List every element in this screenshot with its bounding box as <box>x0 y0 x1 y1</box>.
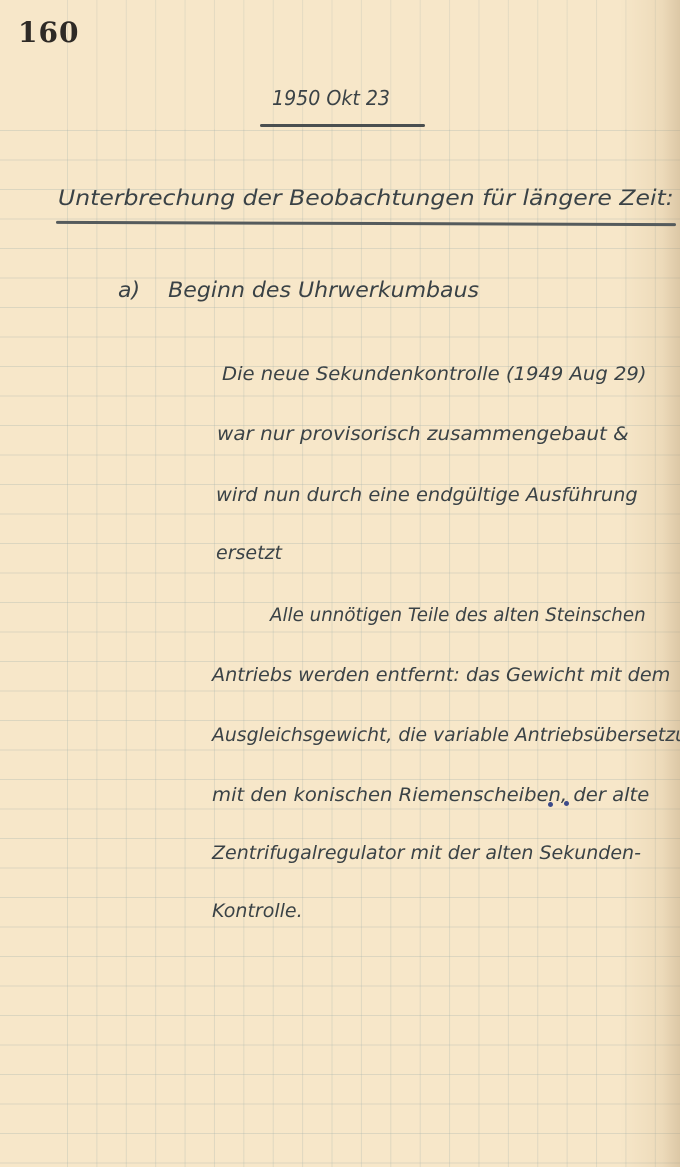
paragraph-line: Alle unnötigen Teile des alten Steinsche… <box>270 604 646 626</box>
paragraph-line: ersetzt <box>216 542 282 564</box>
left-margin <box>0 0 66 1167</box>
item-title: Beginn des Uhrwerkumbaus <box>168 278 479 302</box>
entry-heading: Unterbrechung der Beobachtungen für läng… <box>58 186 674 210</box>
paragraph-line: Kontrolle. <box>212 900 303 922</box>
ink-dot-mark <box>564 801 569 806</box>
paragraph-line: Ausgleichsgewicht, die variable Antriebs… <box>212 724 680 746</box>
paragraph-line: Antriebs werden entfernt: das Gewicht mi… <box>212 664 670 686</box>
paragraph-line: Die neue Sekundenkontrolle (1949 Aug 29) <box>222 363 647 385</box>
entry-date: 1950 Okt 23 <box>272 86 390 110</box>
graph-paper-grid <box>0 0 680 1167</box>
ink-dot-mark <box>548 802 553 807</box>
paragraph-line: war nur provisorisch zusammengebaut & <box>217 423 629 445</box>
paragraph-line: mit den konischen Riemenscheiben, der al… <box>212 784 649 806</box>
item-marker: a) <box>118 278 140 302</box>
paragraph-line: Zentrifugalregulator mit der alten Sekun… <box>212 842 641 864</box>
page-number: 160 <box>18 16 79 49</box>
date-underline <box>260 124 425 127</box>
notebook-page: 160 1950 Okt 23 Unterbrechung der Beobac… <box>0 0 680 1167</box>
paragraph-line: wird nun durch eine endgültige Ausführun… <box>216 484 638 506</box>
item-a-heading: a) Beginn des Uhrwerkumbaus <box>118 278 479 302</box>
